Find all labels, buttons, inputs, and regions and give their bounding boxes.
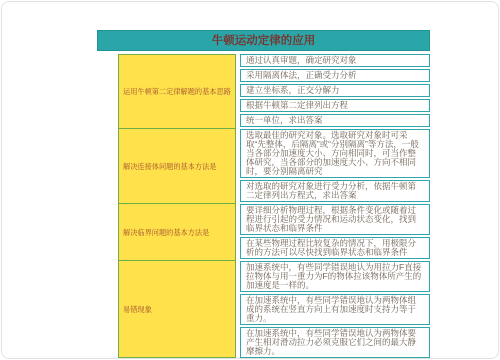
root-node-title[interactable]: 牛顿运动定律的应用 bbox=[97, 30, 430, 51]
branch-row: 解决临界问题的基本方法是 要详细分析物理过程，根据条件变化或随着过程进行引起的受… bbox=[118, 204, 430, 261]
leaf-node[interactable]: 选取最佳的研究对象。选取研究对象时可采取“先整体，后隔离”或“分别隔离”等方法，… bbox=[240, 129, 430, 178]
leaf-node[interactable]: 在某些物理过程比较复杂的情况下，用极限分析的方法可以尽快找到临界状态和临界条件 bbox=[240, 237, 430, 259]
mindmap: 牛顿运动定律的应用 运用牛顿第二定律解题的基本思路 通过认真审题，确定研究对象 … bbox=[97, 30, 430, 358]
leaf-node[interactable]: 在加速系统中，有些同学错误地认为两物体要产生相对滑动拉力必须克服它们之间的最大静… bbox=[240, 327, 430, 358]
branch-row: 运用牛顿第二定律解题的基本思路 通过认真审题，确定研究对象 采用隔离体法，正确受… bbox=[118, 54, 430, 129]
leaf-node[interactable]: 加速系统中，有些同学错误地认为用拉力F直接拉物体与用一重力为F的物体拉该物体所产… bbox=[240, 261, 430, 292]
branch-node-label[interactable]: 解决临界问题的基本方法是 bbox=[118, 204, 236, 261]
leaf-node-list: 要详细分析物理过程，根据条件变化或随着过程进行引起的受力情况和运动状态变化，找到… bbox=[240, 204, 430, 261]
leaf-node-list: 加速系统中，有些同学错误地认为用拉力F直接拉物体与用一重力为F的物体拉该物体所产… bbox=[240, 261, 430, 358]
branch-node-label[interactable]: 运用牛顿第二定律解题的基本思路 bbox=[118, 54, 236, 129]
branch-row: 易错现象 加速系统中，有些同学错误地认为用拉力F直接拉物体与用一重力为F的物体拉… bbox=[118, 261, 430, 358]
leaf-node[interactable]: 通过认真审题，确定研究对象 bbox=[240, 54, 430, 67]
leaf-node[interactable]: 建立坐标系，正交分解力 bbox=[240, 84, 430, 97]
branch-rows: 运用牛顿第二定律解题的基本思路 通过认真审题，确定研究对象 采用隔离体法，正确受… bbox=[97, 54, 430, 358]
leaf-node[interactable]: 对选取的研究对象进行受力分析，依据牛顿第二定律列出方程式，求出答案 bbox=[240, 180, 430, 202]
leaf-node-list: 通过认真审题，确定研究对象 采用隔离体法，正确受力分析 建立坐标系，正交分解力 … bbox=[240, 54, 430, 129]
leaf-node[interactable]: 统一单位，求出答案 bbox=[240, 114, 430, 127]
leaf-node[interactable]: 采用隔离体法，正确受力分析 bbox=[240, 69, 430, 82]
branch-row: 解决连接体问题的基本方法是 选取最佳的研究对象。选取研究对象时可采取“先整体，后… bbox=[118, 129, 430, 204]
leaf-node[interactable]: 根据牛顿第二定律列出方程 bbox=[240, 99, 430, 112]
branch-node-label[interactable]: 易错现象 bbox=[118, 261, 236, 358]
leaf-node[interactable]: 要详细分析物理过程，根据条件变化或随着过程进行引起的受力情况和运动状态变化，找到… bbox=[240, 204, 430, 235]
leaf-node-list: 选取最佳的研究对象。选取研究对象时可采取“先整体，后隔离”或“分别隔离”等方法，… bbox=[240, 129, 430, 204]
branch-node-label[interactable]: 解决连接体问题的基本方法是 bbox=[118, 129, 236, 204]
leaf-node[interactable]: 在加速系统中，有些同学错误地认为两物体组成的系统在竖直方向上有加速度时支持力等于… bbox=[240, 294, 430, 325]
